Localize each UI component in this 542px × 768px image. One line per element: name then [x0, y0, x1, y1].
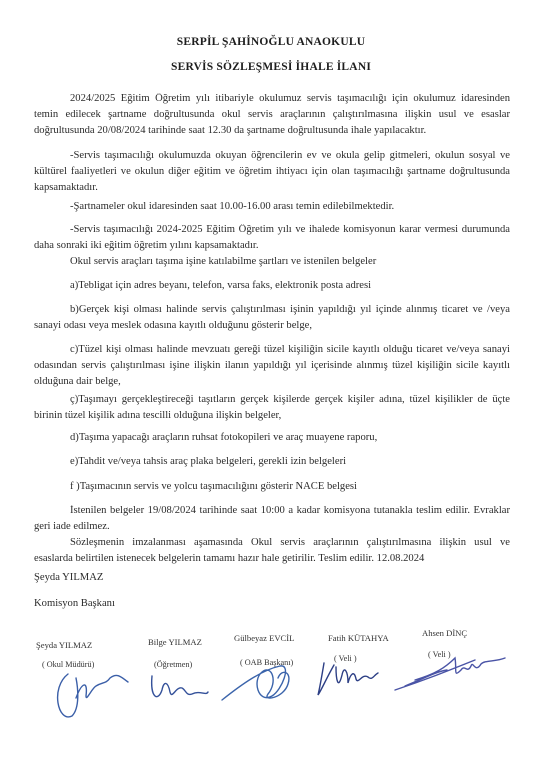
signatory-2-name: Bilge YILMAZ [148, 637, 202, 647]
paragraph-8-line-3: olduğuna dair belge, [34, 376, 121, 387]
paragraph-9-line-2: birinin tüzel kişilik adına tescilli old… [34, 410, 281, 421]
signatory-1-name: Şeyda YILMAZ [36, 640, 92, 650]
paragraph-2-line-1: -Servis taşımacılığı okulumuzda okuyan ö… [70, 150, 510, 164]
paragraph-8-line-2: odasından servis çalıştırılması işine il… [34, 360, 510, 374]
paragraph-7-line-2: sanayi odası veya meslek odasına kayıtlı… [34, 320, 312, 331]
paragraph-6-line-1: a)Tebligat için adres beyanı, telefon, v… [70, 280, 371, 291]
paragraph-14-line-1: Sözleşmenin imzalanması aşamasında Okul … [70, 537, 510, 551]
signatory-3-name: Gülbeyaz EVCİL [234, 633, 294, 643]
chair-role: Komisyon Başkanı [34, 598, 115, 609]
paragraph-1-line-1: 2024/2025 Eğitim Öğretim yılı itibariyle… [70, 93, 510, 107]
paragraph-3-line-1: -Şartnameler okul idaresinden saat 10.00… [70, 201, 394, 212]
paragraph-5-line-1: Okul servis araçları taşıma işine katıla… [70, 256, 376, 267]
signatory-5-name: Ahsen DİNÇ [422, 628, 467, 638]
paragraph-1-line-3: doğrultusunda 20/08/2024 tarihinde saat … [34, 125, 426, 136]
paragraph-1-line-2: temin edilecek şartname doğrultusunda ok… [34, 109, 510, 123]
paragraph-4-line-2: daha sonraki iki eğitim öğretim yılını k… [34, 240, 258, 251]
paragraph-2-line-3: kapsamaktadır. [34, 182, 98, 193]
signature-5-handwriting [395, 650, 515, 710]
signatory-4-name: Fatih KÜTAHYA [328, 633, 389, 643]
paragraph-2-line-2: kültürel faaliyetleri ve okulun diğer eğ… [34, 166, 510, 180]
chair-name: Şeyda YILMAZ [34, 572, 103, 583]
paragraph-13-line-2: geri iade edilmez. [34, 521, 110, 532]
paragraph-10-line-1: d)Taşıma yapacağı araçların ruhsat fotok… [70, 432, 377, 443]
paragraph-11-line-1: e)Tahdit ve/veya tahsis araç plaka belge… [70, 456, 346, 467]
school-name: SERPİL ŞAHİNOĞLU ANAOKULU [0, 36, 542, 48]
paragraph-8-line-1: c)Tüzel kişi olması halinde mevzuatı ger… [70, 344, 510, 358]
paragraph-13-line-1: İstenilen belgeler 19/08/2024 tarihinde … [70, 505, 510, 519]
paragraph-9-line-1: ç)Taşımayı gerçekleştireceği taşıtların … [70, 394, 510, 408]
paragraph-7-line-1: b)Gerçek kişi olması halinde servis çalı… [70, 304, 510, 318]
document-page: SERPİL ŞAHİNOĞLU ANAOKULU SERVİS SÖZLEŞM… [0, 0, 542, 768]
paragraph-14-line-2: esaslarda belirtilen istenecek belgeleri… [34, 553, 424, 564]
paragraph-4-line-1: -Servis taşımacılığı 2024-2025 Eğitim Öğ… [70, 224, 510, 238]
document-title: SERVİS SÖZLEŞMESİ İHALE İLANI [0, 61, 542, 73]
paragraph-12-line-1: f )Taşımacının servis ve yolcu taşımacıl… [70, 481, 357, 492]
